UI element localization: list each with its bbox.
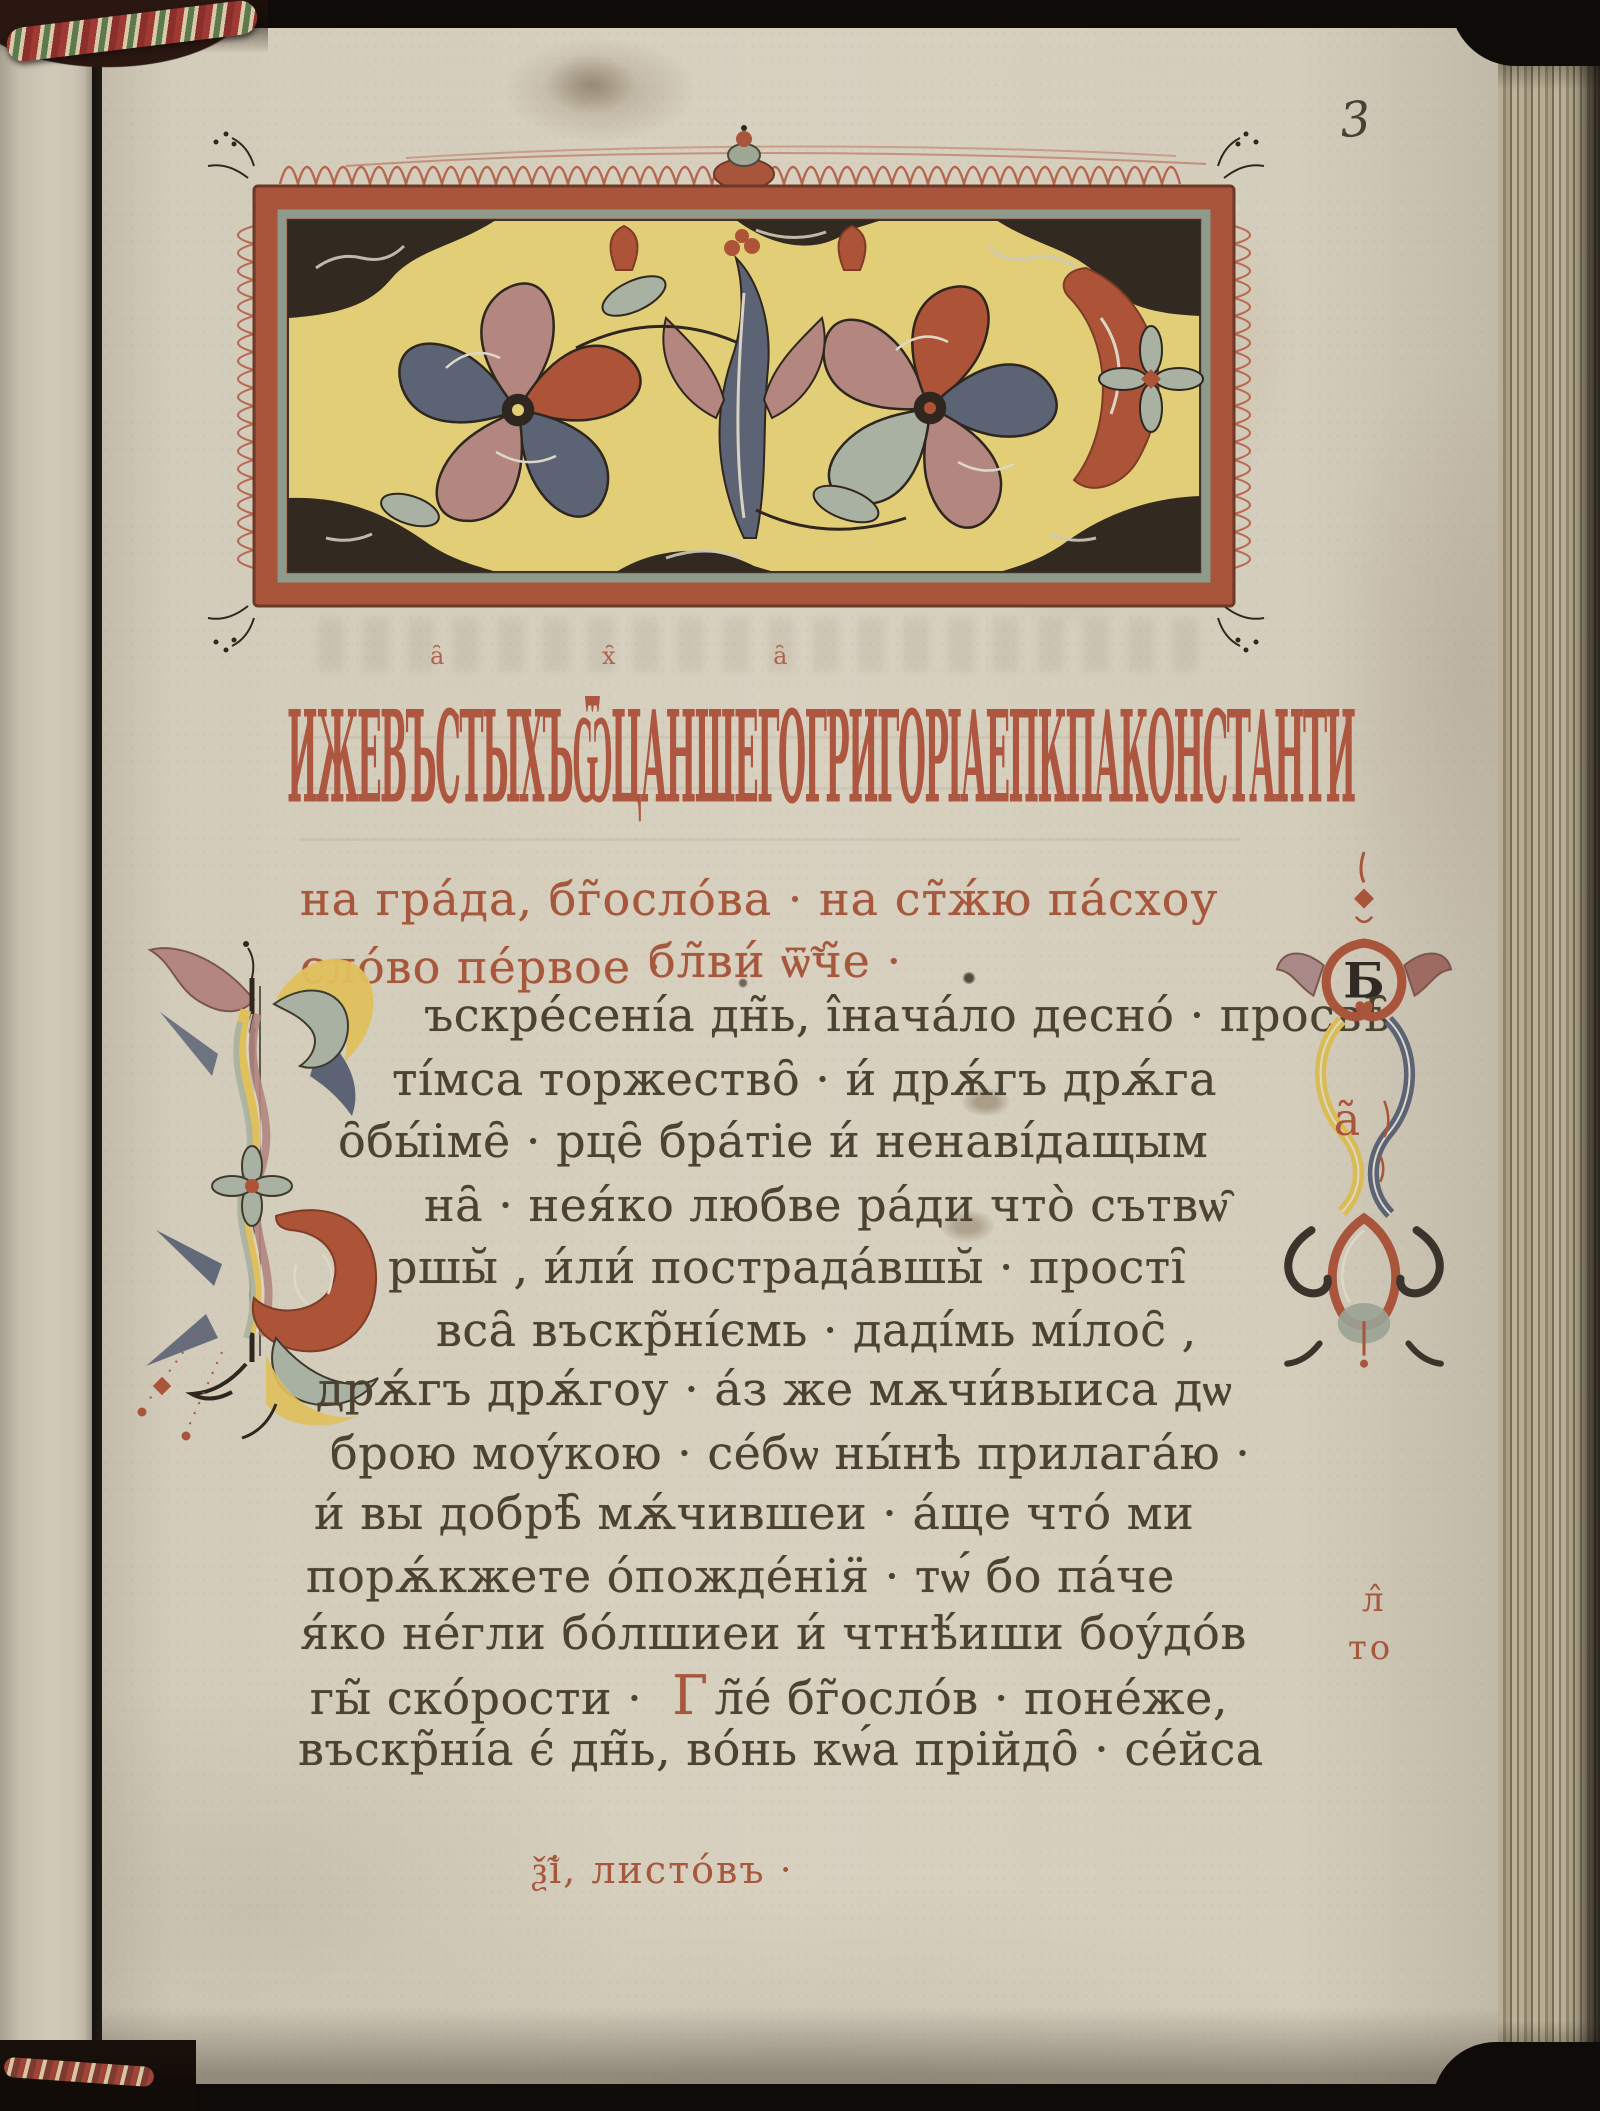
- margin-note: л̂: [1362, 1580, 1384, 1620]
- headpiece-crown-knob: [714, 125, 774, 189]
- body-text-line: я́ко не́гли бо́лшиеи и́ чтнѣ́иши боу́до́…: [300, 1606, 1247, 1660]
- body-text-line: ті́мса торжество̑ · и́ дрѫ́гъ дрѫ́га: [392, 1052, 1217, 1106]
- folio-number: 3: [1338, 91, 1373, 149]
- vyaz-title: ИЖЕВЪСТЫХЪѾЦАНШЕГОГРИГОРІАЕПКПАКОНСТАНТИ: [287, 686, 1354, 831]
- manuscript-photo: { "manuscript": { "folio_number": "3", "…: [0, 0, 1600, 2111]
- rubric-initial: Г: [672, 1664, 708, 1727]
- margin-gloss-letter: Б: [1343, 953, 1384, 1010]
- body-text-line: ъскре́сені́а дн̃ь, і̂нача́ло десно́ · пр…: [424, 988, 1390, 1042]
- body-text-line: и́ вы добрѣ̑ мѫ́чившеи · а́ще что́ ми: [314, 1486, 1194, 1540]
- body-text-line: дрѫ́гъ дрѫ́гоу · а́з же мѫчи́выиса дѡ: [316, 1362, 1232, 1416]
- body-text-line: вса̑ въскр̃ні́ємь · даді́мь мі́лос̑ ,: [436, 1303, 1197, 1357]
- fore-edge-page-stack: [1498, 0, 1600, 2111]
- margin-note: то: [1348, 1628, 1393, 1668]
- line-segment: гы̃ ско́рости ·: [310, 1671, 642, 1725]
- body-text-line: порѫ́кжете о́пожде́нія̈ · тѡ́ бо па́че: [306, 1549, 1175, 1603]
- body-text-line: въскр̃ні́а є́ дн̃ь, во́нь кѡ́а прійдо̑ ·…: [298, 1722, 1264, 1776]
- page-bottom-shadow: [102, 2008, 1498, 2084]
- body-text-line: брою моу́кою · се́бѡ ны́нѣ прилага́ю ·: [330, 1426, 1250, 1480]
- facing-page-edge: [0, 26, 92, 2074]
- margin-gloss-letter: а̃: [1334, 1095, 1361, 1146]
- body-text-line: ршы̆ , и́ли́ пострада́вшы̆ · прості̑: [388, 1240, 1186, 1294]
- margin-cartouche: Б а̃: [1270, 846, 1454, 1392]
- ink-blot: [962, 972, 976, 984]
- headpiece-ornament: [196, 118, 1276, 663]
- line-segment: л̃е́ бг̃осло́в · поне́же,: [715, 1671, 1228, 1725]
- body-text-line: о̑бы́іме̑ · рце̑ бра́тіе и́ ненаві́дащым: [338, 1114, 1208, 1168]
- vyaz-superscripts: а̑ х̑ а̑: [430, 642, 787, 670]
- rubric-blessing: бл̃ви́ ѿ̃ч̃е ·: [648, 934, 902, 988]
- body-text-line: на̑ · нея́ко любве ра́ди что̀ сътвѡ̑: [424, 1178, 1228, 1232]
- leaf-count-note: ѯ̃і, листо́въ ·: [532, 1848, 794, 1893]
- rubric-line: на гра́да, бг̃осло́ва · на ст̃ж́ю па́схо…: [300, 872, 1218, 926]
- body-text-line-with-rubric-initial: гы̃ ско́рости ·Гл̃е́ бг̃осло́в · поне́же…: [310, 1664, 1228, 1727]
- corner-tassel: [208, 132, 254, 179]
